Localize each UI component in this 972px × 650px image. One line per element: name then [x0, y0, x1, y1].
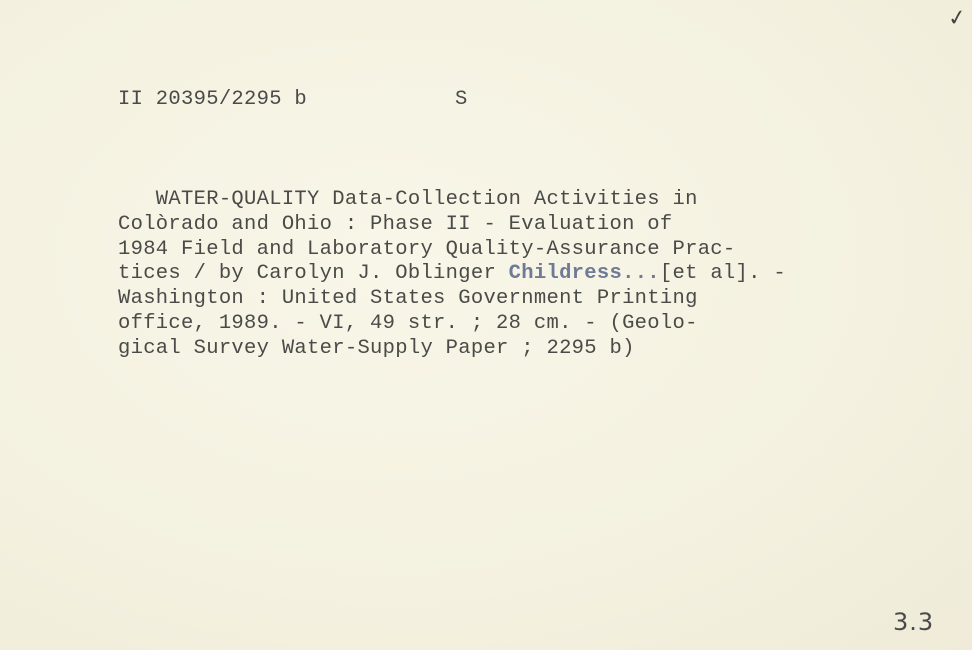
line-6: office, 1989. - VI, 49 str. ; 28 cm. - (…: [118, 312, 698, 335]
call-number: II 20395/2295 b: [118, 88, 307, 111]
check-mark-icon: ✓: [946, 5, 968, 32]
line-2: Colòrado and Ohio : Phase II - Evaluatio…: [118, 213, 673, 236]
line-4-suffix: [et al]. -: [660, 262, 786, 285]
pencil-note: 3.3: [893, 608, 934, 636]
line-3: 1984 Field and Laboratory Quality-Assura…: [118, 238, 736, 261]
line-7: gical Survey Water-Supply Paper ; 2295 b…: [118, 337, 635, 360]
author-stamp: Childress...: [509, 262, 660, 285]
line-4: tices / by Carolyn J. Oblinger: [118, 262, 509, 285]
line-5: Washington : United States Government Pr…: [118, 287, 698, 310]
line-1: WATER-QUALITY Data-Collection Activities…: [118, 188, 698, 211]
catalog-card: ✓ II 20395/2295 b S WATER-QUALITY Data-C…: [0, 0, 972, 650]
shelf-mark: S: [455, 88, 468, 111]
bibliographic-description: WATER-QUALITY Data-Collection Activities…: [118, 188, 786, 362]
